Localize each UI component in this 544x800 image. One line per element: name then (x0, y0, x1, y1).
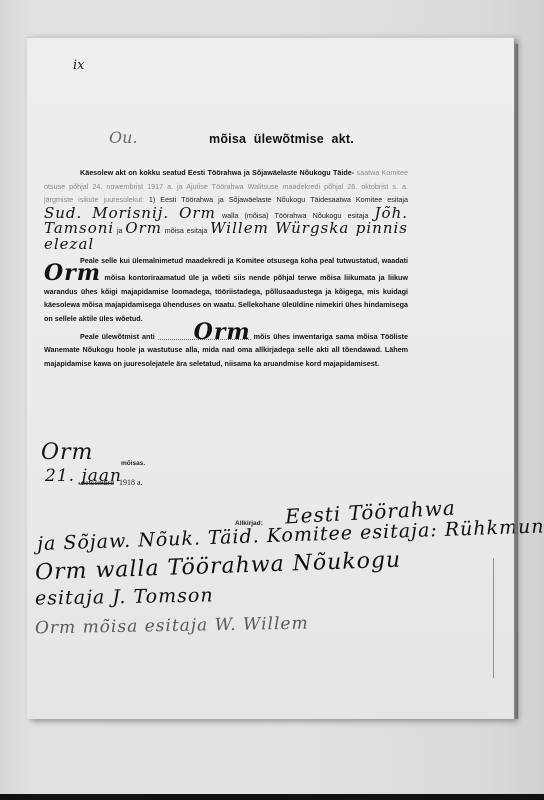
p1-typed-moisa: mõisa (165, 226, 184, 235)
signature-line-5: Orm mõisa esitaja W. Willem (35, 614, 309, 639)
p1-typed-start: Käesolew akt on kokku seatud Eesti Tööra… (80, 168, 354, 177)
place-and-date: Orm mõisas. 21. jaan detsembril 1918 a. (41, 446, 241, 496)
p3-text-a: Peale ülewõtmist anti (80, 332, 155, 341)
film-edge-strip (0, 794, 544, 800)
signature-line-4: esitaja J. Tomson (35, 584, 214, 609)
signature-block: Allkirjad: Eesti Töörahwa ja Sõjaw. Nõuk… (35, 500, 505, 670)
p1-handwritten-place: Orm (125, 219, 162, 237)
struck-month: detsembril (81, 480, 114, 487)
p3-handwritten-place: Orm (158, 326, 251, 340)
document-body: Käesolew akt on kokku seatud Eesti Tööra… (44, 166, 408, 370)
margin-mark (493, 558, 494, 678)
place-suffix: mõisas. (121, 460, 145, 467)
p1-typed-ja: ja (117, 226, 123, 235)
date-year: 1918 a. (119, 478, 143, 487)
paragraph-3: Peale ülewõtmist anti Orm mõis ühes inwe… (44, 326, 408, 371)
corner-mark: ix (73, 58, 85, 73)
paragraph-1: Käesolew akt on kokku seatud Eesti Tööra… (44, 166, 408, 254)
signature-line-3: Orm walla Töörahwa Nõukogu (35, 548, 402, 586)
title-handwritten-prefix: Ou. (109, 128, 138, 147)
handwritten-place: Orm (41, 446, 93, 459)
title-row: Ou. mõisa ülewõtmise akt. (109, 128, 469, 150)
p2-handwritten-place: Orm (44, 260, 101, 286)
p1-typed-esitaja: esitaja (187, 226, 208, 235)
document-title: mõisa ülewõtmise akt. (209, 132, 354, 146)
p2-text-a: Peale selle kui ülemalnimetud maadekredi… (80, 256, 408, 265)
document-page: ix Ou. mõisa ülewõtmise akt. Käesolew ak… (27, 37, 514, 719)
paragraph-2: Peale selle kui ülemalnimetud maadekredi… (44, 254, 408, 326)
